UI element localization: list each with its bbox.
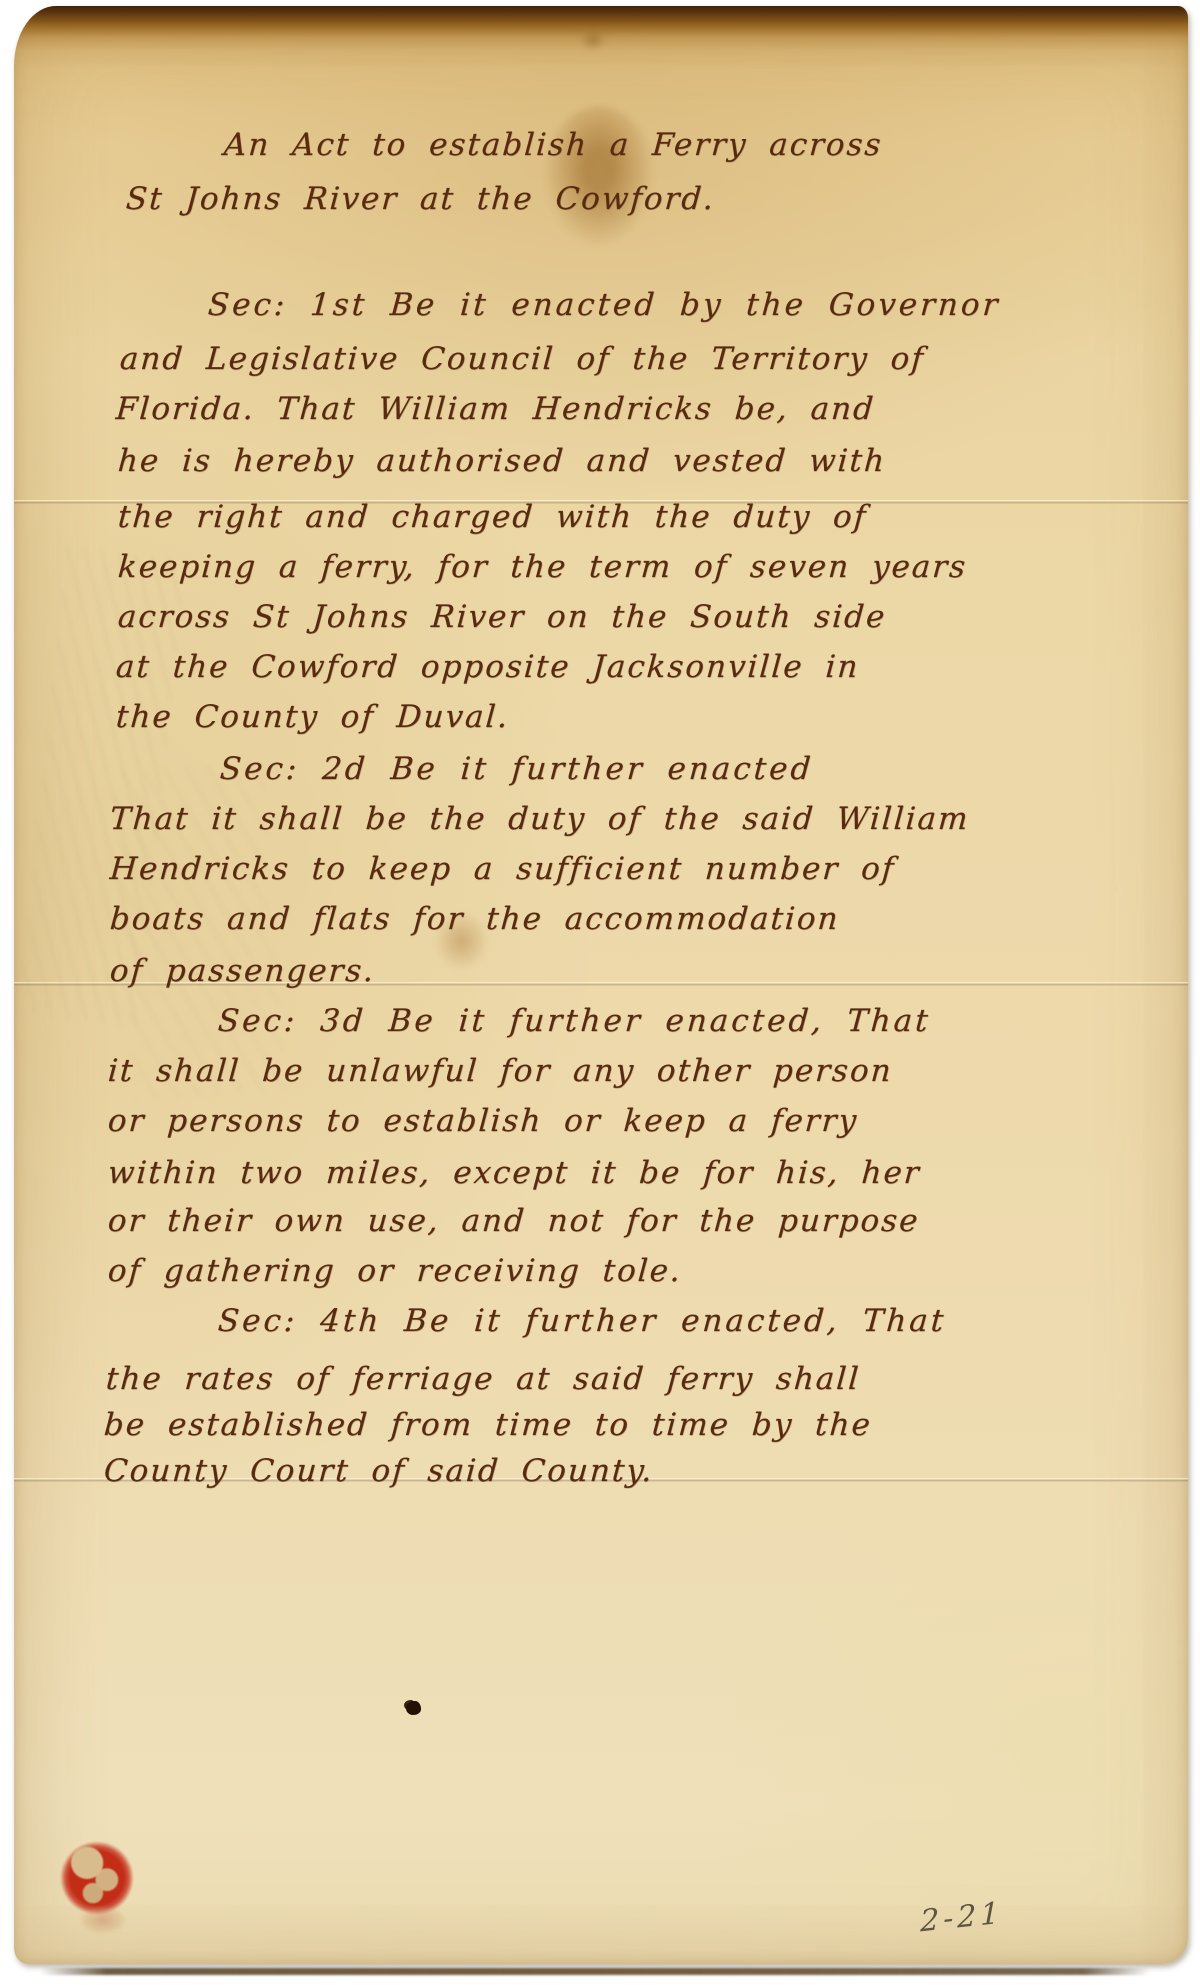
paper-stain xyxy=(580,30,606,50)
manuscript-line: the rates of ferriage at said ferry shal… xyxy=(104,1356,861,1402)
scanned-document: An Act to establish a Ferry across St Jo… xyxy=(0,0,1200,1985)
manuscript-line: he is hereby authorised and vested with xyxy=(116,438,887,484)
manuscript-line: at the Cowford opposite Jacksonville in xyxy=(114,644,861,690)
manuscript-line: Hendricks to keep a sufficient number of xyxy=(108,846,896,892)
section-3-heading-line: Sec: 3d Be it further enacted, That xyxy=(216,998,932,1044)
manuscript-line: boats and flats for the accommodation xyxy=(108,896,841,942)
manuscript-line: of gathering or receiving tole. xyxy=(106,1248,683,1294)
title-line: St Johns River at the Cowford. xyxy=(124,176,716,222)
manuscript-line: keeping a ferry, for the term of seven y… xyxy=(116,544,968,590)
manuscript-line: Florida. That William Hendricks be, and xyxy=(114,386,876,432)
manuscript-line: or their own use, and not for the purpos… xyxy=(106,1198,921,1244)
manuscript-line: or persons to establish or keep a ferry xyxy=(106,1098,859,1144)
section-1-heading-line: Sec: 1st Be it enacted by the Governor xyxy=(206,282,1002,328)
section-4-heading-line: Sec: 4th Be it further enacted, That xyxy=(216,1298,947,1344)
page-bottom-shadow xyxy=(40,1968,1150,1975)
section-2-heading-line: Sec: 2d Be it further enacted xyxy=(218,746,815,792)
manuscript-line: the County of Duval. xyxy=(114,694,511,740)
manuscript-line: the right and charged with the duty of xyxy=(116,494,868,540)
manuscript-line: of passengers. xyxy=(108,948,376,994)
manuscript-line: and Legislative Council of the Territory… xyxy=(118,336,926,382)
manuscript-line: That it shall be the duty of the said Wi… xyxy=(108,796,971,842)
manuscript-line: within two miles, except it be for his, … xyxy=(106,1150,922,1196)
manuscript-line: across St Johns River on the South side xyxy=(116,594,888,640)
red-wax-seal-smudge xyxy=(80,1906,126,1934)
manuscript-line: County Court of said County. xyxy=(102,1448,655,1494)
manuscript-line: be established from time to time by the xyxy=(102,1402,873,1448)
manuscript-line: it shall be unlawful for any other perso… xyxy=(106,1048,894,1094)
title-line: An Act to establish a Ferry across xyxy=(222,122,884,168)
ink-blot xyxy=(406,1701,421,1715)
